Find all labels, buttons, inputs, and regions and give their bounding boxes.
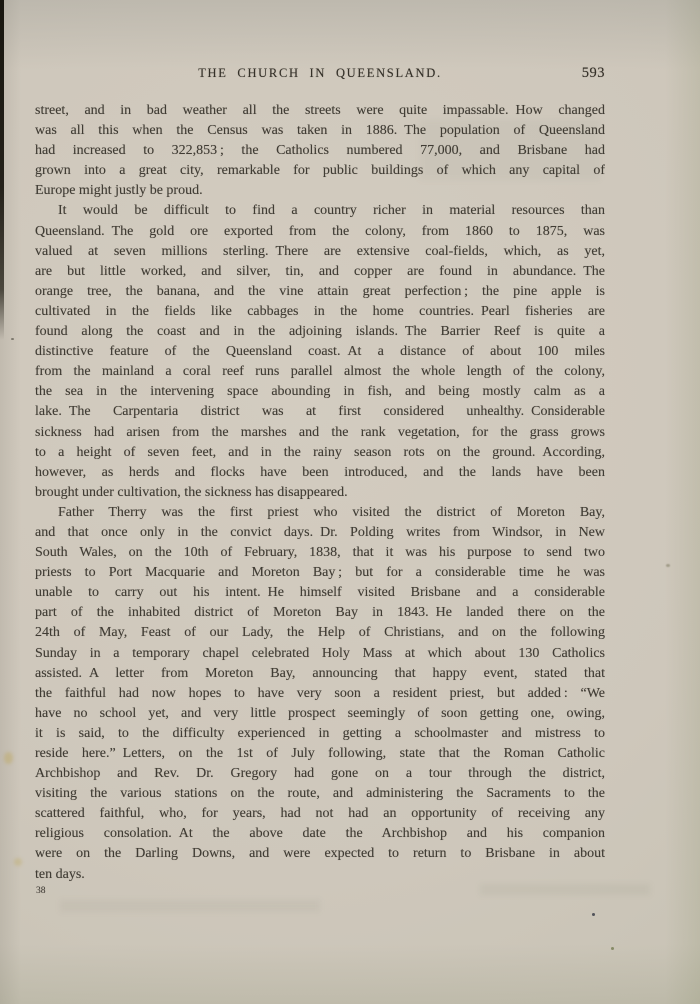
text-line: assisted. A letter from Moreton Bay, ann…: [35, 664, 605, 684]
text-line: brought under cultivation, the sickness …: [35, 483, 605, 503]
running-header-title: THE CHURCH IN QUEENSLAND.: [35, 66, 605, 81]
text-line: lake. The Carpentaria district was at fi…: [35, 402, 605, 422]
text-line: have no school yet, and very little pros…: [35, 704, 605, 724]
paper-stain: [4, 752, 13, 764]
text-line: unable to carry out his intent. He himse…: [35, 583, 605, 603]
text-line: South Wales, on the 10th of February, 18…: [35, 543, 605, 563]
text-line: street, and in bad weather all the stree…: [35, 101, 605, 121]
text-line: grown into a great city, remarkable for …: [35, 161, 605, 181]
text-line: part of the inhabited district of Moreto…: [35, 603, 605, 623]
text-line: from the mainland a coral reef runs para…: [35, 362, 605, 382]
text-line: 24th of May, Feast of our Lady, the Help…: [35, 623, 605, 643]
text-line: visiting the various stations on the rou…: [35, 784, 605, 804]
text-line: found along the coast and in the adjoini…: [35, 322, 605, 342]
text-line: cultivated in the fields like cabbages i…: [35, 302, 605, 322]
scan-binding-edge: [0, 0, 4, 340]
text-line: religious consolation. At the above date…: [35, 824, 605, 844]
text-line: Europe might justly be proud.: [35, 181, 605, 201]
body-text: street, and in bad weather all the stree…: [35, 101, 605, 885]
text-line: sickness had arisen from the marshes and…: [35, 423, 605, 443]
text-line: orange tree, the banana, and the vine at…: [35, 282, 605, 302]
text-line: was all this when the Census was taken i…: [35, 121, 605, 141]
text-line: priests to Port Macquarie and Moreton Ba…: [35, 563, 605, 583]
paragraph: It would be difficult to find a country …: [35, 201, 605, 502]
signature-mark: 38: [36, 886, 46, 896]
running-header: THE CHURCH IN QUEENSLAND. 593: [35, 66, 605, 84]
text-line: to a height of seven feet, and in the ra…: [35, 443, 605, 463]
text-line: Archbishop and Rev. Dr. Gregory had gone…: [35, 764, 605, 784]
page-number: 593: [582, 65, 605, 82]
book-page: THE CHURCH IN QUEENSLAND. 593 street, an…: [0, 0, 700, 1004]
text-line: and that once only in the convict days. …: [35, 523, 605, 543]
text-line: ten days.: [35, 865, 605, 885]
ink-bleedthrough: [60, 900, 320, 912]
text-line: It would be difficult to find a country …: [35, 201, 605, 221]
text-line: were on the Darling Downs, and were expe…: [35, 844, 605, 864]
text-line: Father Therry was the first priest who v…: [35, 503, 605, 523]
paper-speck: [592, 913, 595, 916]
text-line: scattered faithful, who, for years, had …: [35, 804, 605, 824]
paragraph: street, and in bad weather all the stree…: [35, 101, 605, 201]
paper-speck: [666, 564, 670, 567]
text-line: Sunday in a temporary chapel celebrated …: [35, 644, 605, 664]
text-line: valued at seven millions sterling. There…: [35, 242, 605, 262]
paper-speck: [11, 338, 14, 340]
paragraph: Father Therry was the first priest who v…: [35, 503, 605, 885]
text-line: it is said, to the difficulty experience…: [35, 724, 605, 744]
text-line: the faithful had now hopes to have very …: [35, 684, 605, 704]
text-line: Queensland. The gold ore exported from t…: [35, 222, 605, 242]
text-line: had increased to 322,853 ; the Catholics…: [35, 141, 605, 161]
ink-bleedthrough: [480, 884, 650, 895]
text-line: distinctive feature of the Queensland co…: [35, 342, 605, 362]
text-line: the sea in the intervening space aboundi…: [35, 382, 605, 402]
paper-stain: [14, 858, 22, 866]
text-line: however, as herds and flocks have been i…: [35, 463, 605, 483]
text-line: are but little worked, and silver, tin, …: [35, 262, 605, 282]
paper-speck: [611, 947, 614, 950]
text-line: reside here.” Letters, on the 1st of Jul…: [35, 744, 605, 764]
